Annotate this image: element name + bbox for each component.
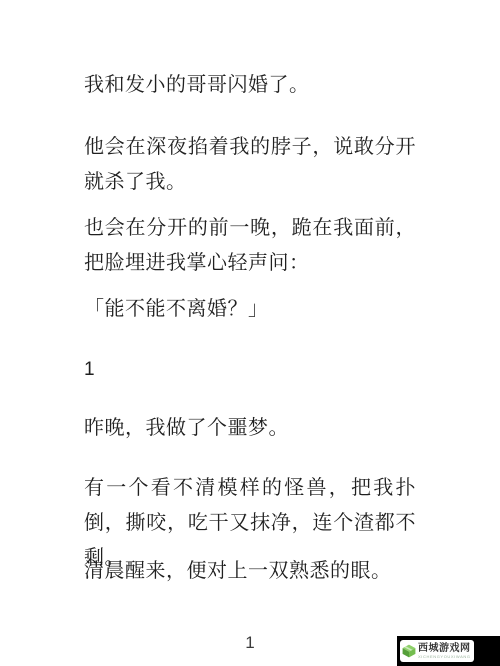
novel-reader-page: 我和发小的哥哥闪婚了。 他会在深夜掐着我的脖子，说敢分开就杀了我。 也会在分开的… [0, 0, 500, 666]
paragraph-5: 昨晚，我做了个噩梦。 [84, 411, 416, 446]
watermark-badge: 西城游戏网 XICHENGYOUXIWANG [397, 636, 500, 666]
watermark-site-name: 西城游戏网 [418, 644, 471, 654]
watermark-tagline: XICHENGYOUXIWANG [418, 655, 471, 659]
watermark-text-block: 西城游戏网 XICHENGYOUXIWANG [418, 644, 471, 659]
paragraph-1: 我和发小的哥哥闪婚了。 [84, 68, 416, 103]
paragraph-2: 他会在深夜掐着我的脖子，说敢分开就杀了我。 [84, 130, 416, 200]
chapter-section-number: 1 [84, 352, 416, 387]
paragraph-3: 也会在分开的前一晚，跪在我面前，把脸埋进我掌心轻声问： [84, 211, 416, 281]
watermark-cube-logo-icon [402, 644, 416, 658]
story-text: 我和发小的哥哥闪婚了。 他会在深夜掐着我的脖子，说敢分开就杀了我。 也会在分开的… [84, 0, 416, 666]
paragraph-7: 清晨醒来，便对上一双熟悉的眼。 [84, 554, 416, 589]
watermark-card: 西城游戏网 XICHENGYOUXIWANG [400, 640, 474, 662]
paragraph-4: 「能不能不离婚？」 [84, 292, 416, 327]
